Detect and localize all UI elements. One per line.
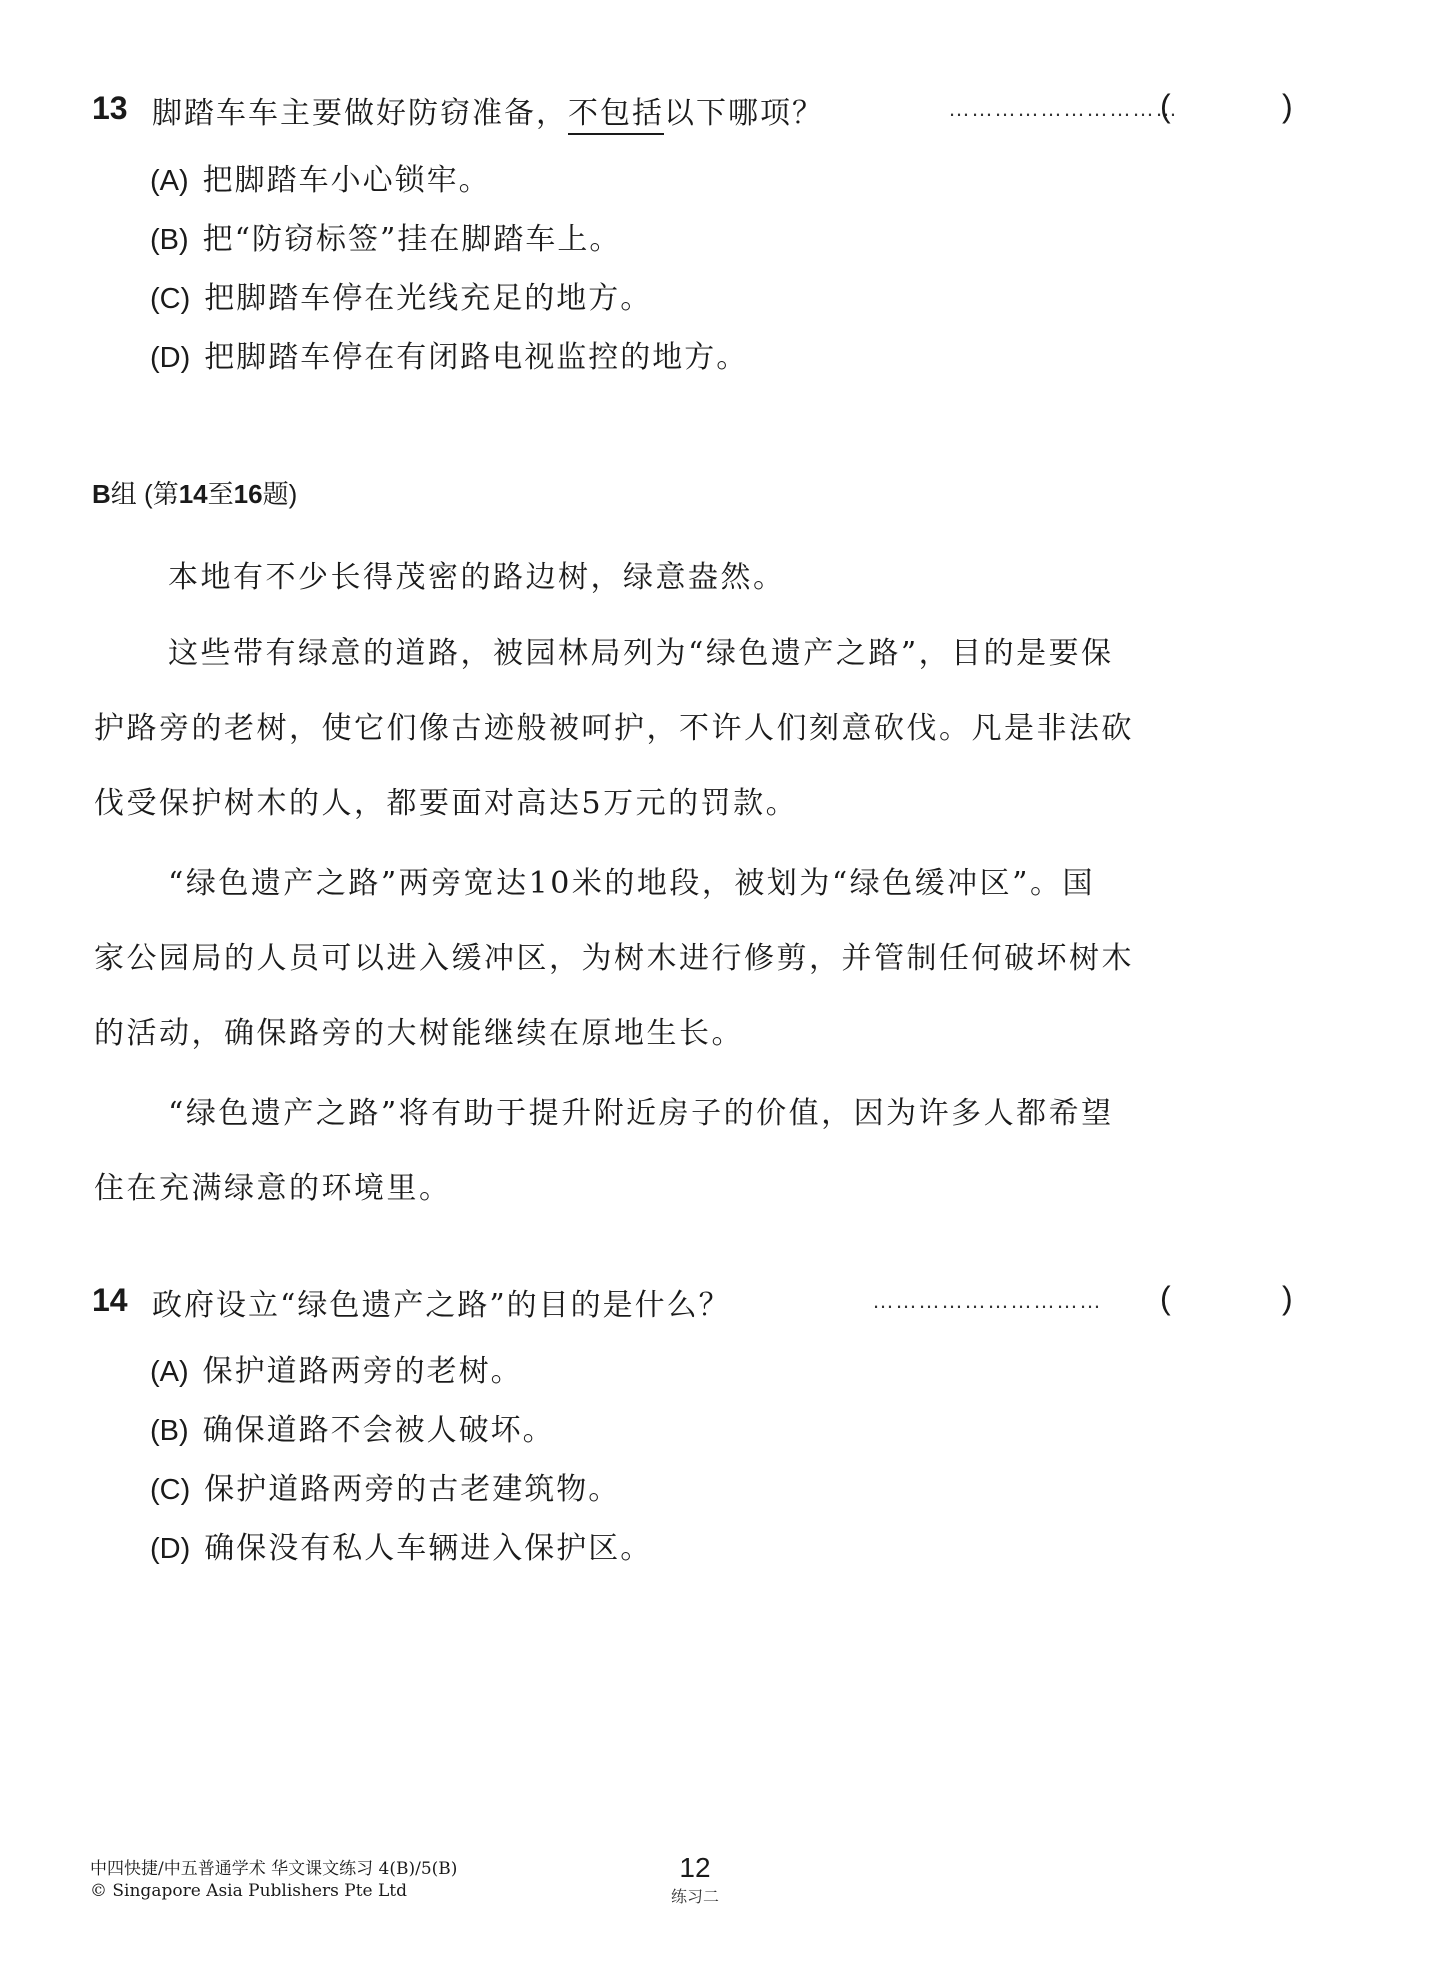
passage-paragraph-2: 这些带有绿意的道路，被园林局列为“绿色遗产之路”，目的是要保 护路旁的老树，使它… [94, 616, 1294, 841]
copyright: © Singapore Asia Publishers Pte Ltd [90, 1880, 457, 1902]
option-label: (B) [150, 1415, 189, 1447]
answer-leader-dots: ………………………… [872, 1288, 1102, 1314]
option-label: (B) [150, 224, 189, 256]
footer-left: 中四快捷/中五普通学术 华文课文练习 4(B)/5(B) © Singapore… [90, 1858, 457, 1902]
option-b: (B)把“防窃标签”挂在脚踏车上。 [150, 214, 621, 258]
section-range-end: 16 [234, 479, 263, 509]
answer-paren-close: ) [1282, 88, 1293, 125]
question-text: 脚踏车车主要做好防窃准备，不包括以下哪项？ [152, 88, 824, 132]
option-label: (D) [150, 1533, 190, 1565]
option-text: 确保没有私人车辆进入保护区。 [204, 1531, 652, 1566]
answer-blank[interactable] [1180, 90, 1280, 126]
underlined-keyword: 不包括 [568, 96, 664, 135]
option-label: (D) [150, 342, 190, 374]
question-text-part: 以下哪项？ [664, 96, 824, 131]
option-text: 把脚踏车停在有闭路电视监控的地方。 [204, 340, 748, 375]
option-text: 把脚踏车停在光线充足的地方。 [204, 281, 652, 316]
option-d: (D)把脚踏车停在有闭路电视监控的地方。 [150, 332, 748, 376]
passage-line: “绿色遗产之路”将有助于提升附近房子的价值，因为许多人都希望 [94, 1076, 1294, 1151]
passage-line: 伐受保护树木的人，都要面对高达5万元的罚款。 [94, 766, 1294, 841]
section-group-letter: B [92, 479, 111, 509]
answer-leader-dots: ………………………… [948, 96, 1178, 122]
answer-paren-open: ( [1160, 88, 1171, 125]
option-text: 确保道路不会被人破坏。 [203, 1413, 555, 1448]
passage-paragraph-3: “绿色遗产之路”两旁宽达10米的地段，被划为“绿色缓冲区”。国 家公园局的人员可… [94, 846, 1294, 1071]
footer-page-info: 12 练习二 [640, 1852, 750, 1907]
passage-line: “绿色遗产之路”两旁宽达10米的地段，被划为“绿色缓冲区”。国 [94, 846, 1294, 921]
section-range-start: 14 [179, 479, 208, 509]
passage-line: 的活动，确保路旁的大树能继续在原地生长。 [94, 996, 1294, 1071]
option-c: (C)把脚踏车停在光线充足的地方。 [150, 273, 652, 317]
option-c: (C)保护道路两旁的古老建筑物。 [150, 1464, 620, 1508]
option-label: (C) [150, 283, 190, 315]
option-d: (D)确保没有私人车辆进入保护区。 [150, 1523, 652, 1567]
answer-paren-open: ( [1160, 1280, 1171, 1317]
section-range-suffix: 题) [263, 479, 298, 509]
passage-paragraph-1: 本地有不少长得茂密的路边树，绿意盎然。 [94, 540, 1294, 615]
option-a: (A)保护道路两旁的老树。 [150, 1346, 523, 1390]
passage-line: 护路旁的老树，使它们像古迹般被呵护，不许人们刻意砍伐。凡是非法砍 [94, 691, 1294, 766]
question-number: 13 [92, 90, 128, 127]
question-text: 政府设立“绿色遗产之路”的目的是什么？ [152, 1280, 731, 1324]
passage-line: 住在充满绿意的环境里。 [94, 1151, 1294, 1226]
section-range-mid: 至 [208, 479, 234, 509]
exercise-label: 练习二 [640, 1884, 750, 1907]
section-range-prefix: (第 [144, 479, 179, 509]
page-number: 12 [640, 1852, 750, 1884]
passage-line: 这些带有绿意的道路，被园林局列为“绿色遗产之路”，目的是要保 [94, 616, 1294, 691]
question-text-part: 脚踏车车主要做好防窃准备， [152, 96, 568, 131]
option-text: 保护道路两旁的老树。 [203, 1354, 523, 1389]
section-group-suffix: 组 [111, 479, 137, 509]
option-a: (A)把脚踏车小心锁牢。 [150, 155, 491, 199]
passage-line: 本地有不少长得茂密的路边树，绿意盎然。 [94, 540, 1294, 615]
answer-paren-close: ) [1282, 1280, 1293, 1317]
option-text: 把脚踏车小心锁牢。 [203, 163, 491, 198]
option-text: 保护道路两旁的古老建筑物。 [204, 1472, 620, 1507]
question-number: 14 [92, 1282, 128, 1319]
option-label: (C) [150, 1474, 190, 1506]
option-label: (A) [150, 1356, 189, 1388]
book-title: 中四快捷/中五普通学术 华文课文练习 4(B)/5(B) [90, 1858, 457, 1880]
option-text: 把“防窃标签”挂在脚踏车上。 [203, 222, 622, 257]
passage-line: 家公园局的人员可以进入缓冲区，为树木进行修剪，并管制任何破坏树木 [94, 921, 1294, 996]
option-b: (B)确保道路不会被人破坏。 [150, 1405, 555, 1449]
passage-paragraph-4: “绿色遗产之路”将有助于提升附近房子的价值，因为许多人都希望 住在充满绿意的环境… [94, 1076, 1294, 1226]
section-heading: B组 (第14至16题) [92, 474, 297, 511]
option-label: (A) [150, 165, 189, 197]
answer-blank[interactable] [1180, 1282, 1280, 1318]
